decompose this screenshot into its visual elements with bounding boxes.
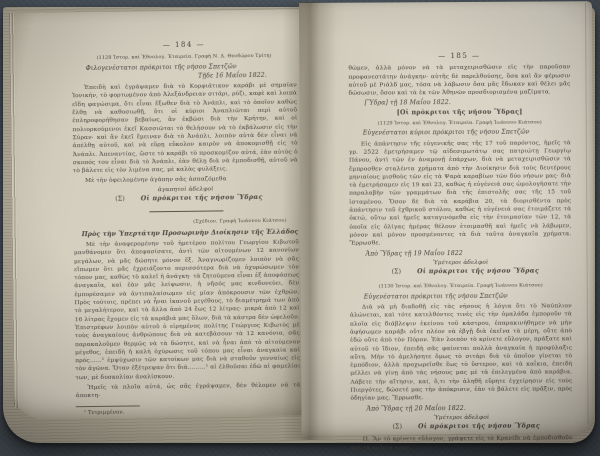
left-letter-heading-2: Πρὸς τὴν Ὑπερτάτην Προσωρινὴν Διοίκησιν … [82,228,299,239]
left-signature-row: (Σ) Οἱ πρόκριτοι τῆς νήσου Ὕδρας [115,194,298,205]
right-letter-body-2: Διὰ νὰ μὴ διαδοθῇ εἰς τὰς νήσους ἡ λόγια… [350,302,573,403]
left-page-number: — 184 — [71,39,296,50]
right-archive-caption-2: (1130 Ἱστορ. καὶ Ἐθνολογ. Ἑταιρεία. Γραφ… [350,282,572,292]
right-salutation-2: Εὐγενέστατοι πρόκριτοι τῆς νήσου Σπετζῶν [364,292,572,302]
left-signature: Οἱ πρόκριτοι τῆς νήσου Ὕδρας [141,194,263,204]
right-postscript: Π. Ἂν τὸ κρίνετε εὔλογον, γράψετε εἰς τὸ… [351,435,573,453]
left-archive-caption-2: (Σχέδιον. Γραφὴ Ἰωάννου Κιάτσου) [74,217,287,228]
left-footnote: ¹ Τετριμμένον. [84,406,301,417]
right-dateline-2: Ἀπὸ Ὕδρας τῇ 19 Μαΐου 1822 [366,249,572,259]
left-letter-body: Ἐπειδὴ καὶ ἐγράψαμεν διὰ τὸ Κορφιάτικον … [72,82,298,176]
left-page: — 184 — (1128 Ἱστορ. καὶ Ἐθνολογ. Ἑταιρε… [9,9,306,419]
right-seal-mark-2: (Σ) [392,269,402,277]
right-dateline-1: [Ὕδρα] τῇ 18 Μαΐου 1822. [365,99,571,109]
right-seal-mark-3: (Σ) [393,424,403,432]
left-dateline: Τῇδε 16 Μαΐου 1822. [72,72,267,83]
right-signature-row-2: (Σ) Οἱ πρόκριτοι τῆς νήσου Ὕδρας [392,267,572,276]
right-signature-2: Οἱ πρόκριτοι τῆς νήσου Ὕδρας [417,268,539,277]
right-page-number: — 185 — [348,51,570,61]
right-body-continuation: θῶμεν, ἀλλὰ μόνον νὰ τὰ μεταχειρισθῶσιν … [348,64,570,99]
left-page-text-column: — 184 — (1128 Ἱστορ. καὶ Ἐθνολογ. Ἑταιρε… [71,39,301,417]
right-farewell-2: Ὑμέτεροι ἀδελφοὶ [350,258,572,268]
right-letter-body-1: Εἰς ἀπάντησιν τῆς εὐγενικῆς σας τῆς 17 τ… [349,139,572,248]
left-letter-body-2: Μὲ τὴν ἀναφερομένην τοῦ ἡμετέρου πολίτου… [74,238,301,382]
right-dateline-3: Ἀπὸ Ὕδρας τῇ 20 Μαΐου 1822. [366,404,572,414]
right-farewell-3: Ὑμέτεροι ἀδελφοὶ [351,413,573,423]
right-signature-3: Οἱ πρόκριτοι τῆς νήσου Ὕδρας [418,423,540,432]
left-archive-caption: (1128 Ἱστορ. καὶ Ἐθνολογ. Ἑταιρεία. Γραφ… [72,52,297,63]
right-page: — 185 — θῶμεν, ἀλλὰ μόνον νὰ τὰ μεταχειρ… [299,1,595,435]
right-archive-caption-1: (1129 Ἱστορ. καὶ Ἐθνολογ. Ἑταιρεία. Γραφ… [349,118,571,128]
section-divider-rule [149,211,223,213]
left-letter-body-2-last-line: Ἡμεῖς τὰ πλοῖα αὐτά, ὡς σᾶς ἐγράψαμεν, δ… [76,381,301,400]
right-salutation-1: Εὐγενέστατοι κύριοι πρόκριτοι τῆς νήσου … [363,129,571,139]
right-signature-1: [Οἱ πρόκριτοι τῆς νήσου Ὕδρας] [349,108,571,118]
right-signature-row-3: (Σ) Οἱ πρόκριτοι τῆς νήσου Ὕδρας [393,423,573,432]
footnote-rule [76,405,140,407]
book-photo: — 184 — (1128 Ἱστορ. καὶ Ἐθνολογ. Ἑταιρε… [0,0,600,456]
right-page-text-column: — 185 — θῶμεν, ἀλλὰ μόνον νὰ τὰ μεταχειρ… [348,51,572,452]
left-seal-mark: (Σ) [115,196,125,204]
